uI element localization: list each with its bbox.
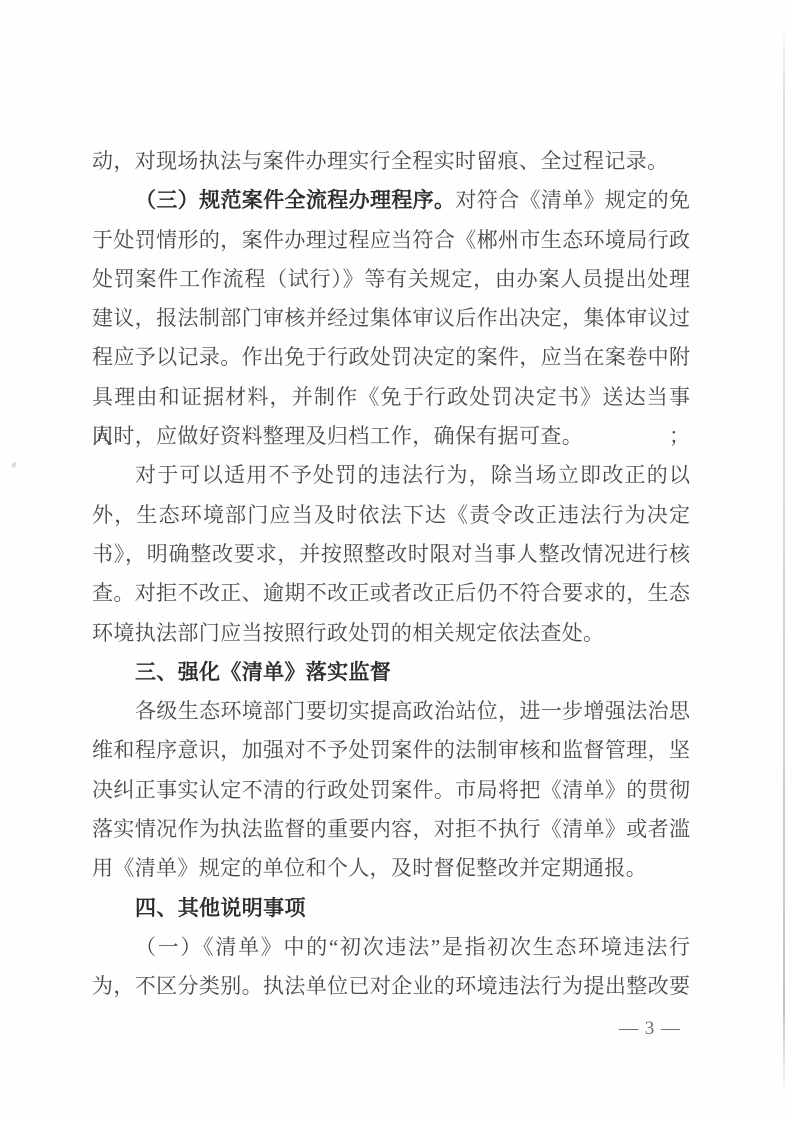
text-line: 用《清单》规定的单位和个人，及时督促整改并定期通报。 bbox=[92, 849, 690, 888]
text-line: 动，对现场执法与案件办理实行全程实时留痕、全过程记录。 bbox=[92, 142, 690, 181]
scan-speck-artifact bbox=[11, 461, 17, 468]
document-body: 动，对现场执法与案件办理实行全程实时留痕、全过程记录。 （三）规范案件全流程办理… bbox=[92, 142, 690, 1007]
text-run: 维和程序意识，加强对不予处罚案件的法制审核和监督管理，坚 bbox=[92, 738, 690, 762]
document-page: 动，对现场执法与案件办理实行全程实时留痕、全过程记录。 （三）规范案件全流程办理… bbox=[0, 0, 793, 1121]
scan-edge-artifact bbox=[783, 22, 785, 1097]
text-line: 各级生态环境部门要切实提高政治站位，进一步增强法治思 bbox=[92, 692, 690, 731]
text-line: 为，不区分类别。执法单位已对企业的环境违法行为提出整改要 bbox=[92, 967, 690, 1006]
text-line: （一）《清单》中的“初次违法”是指初次生态环境违法行 bbox=[92, 928, 690, 967]
text-line: 维和程序意识，加强对不予处罚案件的法制审核和监督管理，坚 bbox=[92, 731, 690, 770]
text-line: 书》，明确整改要求，并按照整改时限对当事人整改情况进行核 bbox=[92, 535, 690, 574]
text-line: 环境执法部门应当按照行政处罚的相关规定依法查处。 bbox=[92, 614, 690, 653]
text-run: 动，对现场执法与案件办理实行全程实时留痕、全过程记录。 bbox=[92, 149, 668, 173]
text-run: 外，生态环境部门应当及时依法下达《责令改正违法行为决定 bbox=[92, 503, 690, 527]
text-line: 外，生态环境部门应当及时依法下达《责令改正违法行为决定 bbox=[92, 496, 690, 535]
text-line: 建议，报法制部门审核并经过集体审议后作出决定，集体审议过 bbox=[92, 299, 690, 338]
text-run: （一）《清单》中的“初次违法”是指初次生态环境违法行 bbox=[135, 935, 690, 959]
text-run: 用《清单》规定的单位和个人，及时督促整改并定期通报。 bbox=[92, 856, 647, 880]
text-run: 对符合《清单》规定的免 bbox=[455, 188, 690, 212]
text-run: 决纠正事实认定不清的行政处罚案件。市局将把《清单》的贯彻 bbox=[92, 778, 690, 802]
text-line: 落实情况作为执法监督的重要内容，对拒不执行《清单》或者滥 bbox=[92, 810, 690, 849]
text-run: 书》，明确整改要求，并按照整改时限对当事人整改情况进行核 bbox=[92, 542, 690, 566]
text-run: 落实情况作为执法监督的重要内容，对拒不执行《清单》或者滥 bbox=[92, 817, 690, 841]
text-line: 决纠正事实认定不清的行政处罚案件。市局将把《清单》的贯彻 bbox=[92, 771, 690, 810]
text-line: 查。对拒不改正、逾期不改正或者改正后仍不符合要求的，生态 bbox=[92, 574, 690, 613]
section-heading-3: 三、强化《清单》落实监督 bbox=[92, 653, 690, 692]
text-line: （三）规范案件全流程办理程序。对符合《清单》规定的免 bbox=[92, 181, 690, 220]
text-run: 同时，应做好资料整理及归档工作，确保有据可查。 bbox=[92, 424, 583, 448]
heading-text: 三、强化《清单》落实监督 bbox=[135, 661, 391, 684]
run-bold: （三）规范案件全流程办理程序。 bbox=[135, 189, 455, 212]
page-number: — 3 — bbox=[600, 1014, 700, 1044]
section-heading-4: 四、其他说明事项 bbox=[92, 889, 690, 928]
text-run: 处罚案件工作流程（试行）》等有关规定，由办案人员提出处理 bbox=[92, 267, 690, 291]
text-run: 查。对拒不改正、逾期不改正或者改正后仍不符合要求的，生态 bbox=[92, 581, 690, 605]
text-run: 于处罚情形的，案件办理过程应当符合《郴州市生态环境局行政 bbox=[92, 228, 690, 252]
text-line: 处罚案件工作流程（试行）》等有关规定，由办案人员提出处理 bbox=[92, 260, 690, 299]
text-line: 对于可以适用不予处罚的违法行为，除当场立即改正的以 bbox=[92, 456, 690, 495]
text-line: 具理由和证据材料，并制作《免于行政处罚决定书》送达当事人； bbox=[92, 378, 690, 417]
text-run: 程应予以记录。作出免于行政处罚决定的案件，应当在案卷中附 bbox=[92, 345, 690, 369]
text-run: 各级生态环境部门要切实提高政治站位，进一步增强法治思 bbox=[135, 699, 690, 723]
text-run: 对于可以适用不予处罚的违法行为，除当场立即改正的以 bbox=[135, 463, 690, 487]
text-run: 为，不区分类别。执法单位已对企业的环境违法行为提出整改要 bbox=[92, 974, 690, 998]
text-run: 环境执法部门应当按照行政处罚的相关规定依法查处。 bbox=[92, 621, 604, 645]
heading-text: 四、其他说明事项 bbox=[135, 897, 306, 920]
text-line: 程应予以记录。作出免于行政处罚决定的案件，应当在案卷中附 bbox=[92, 338, 690, 377]
text-run: 建议，报法制部门审核并经过集体审议后作出决定，集体审议过 bbox=[92, 306, 690, 330]
text-line: 于处罚情形的，案件办理过程应当符合《郴州市生态环境局行政 bbox=[92, 221, 690, 260]
